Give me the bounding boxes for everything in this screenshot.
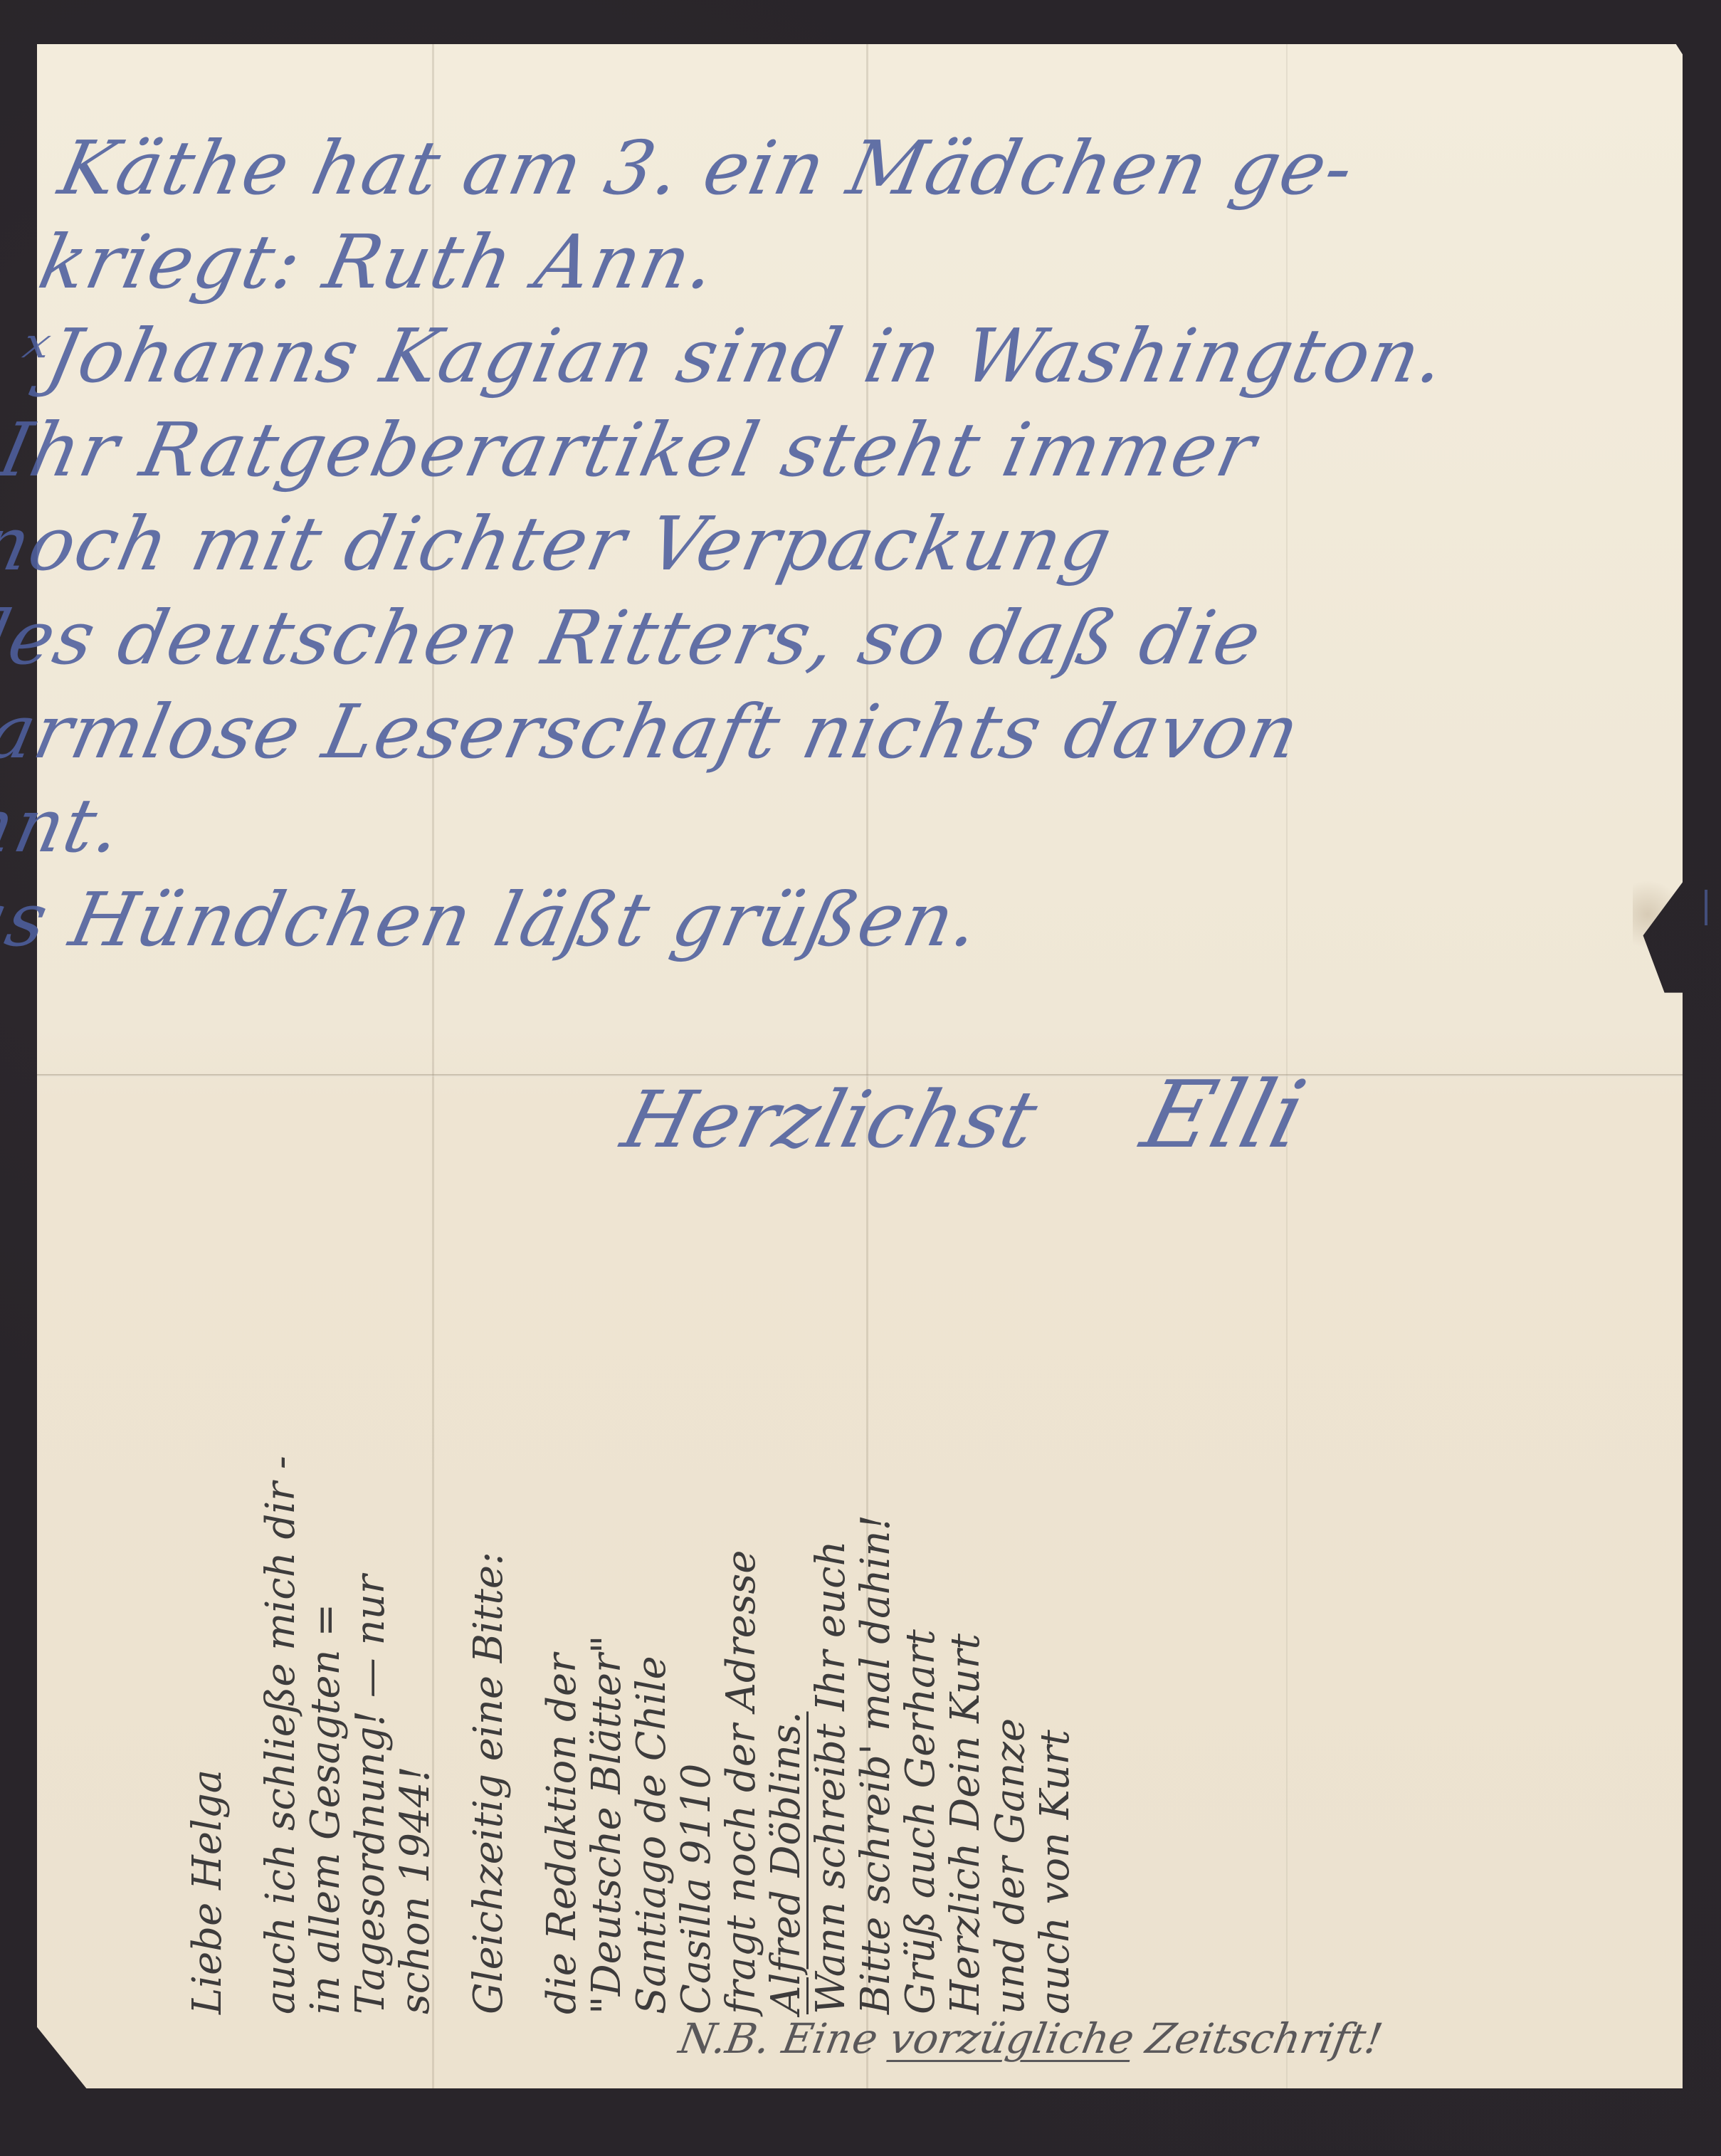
letter-line: Das Hündchen läßt grüßen. [0,873,1478,967]
postscript-greeting: Liebe Helga [185,1231,230,2014]
nota-bene-line: N.B. Eine vorzügliche Zeitschrift! [675,2014,1386,2063]
postscript-address-box: Casilla 9110 [674,1231,719,2014]
letter-line: ˣJohanns Kagian sind in Washington. [11,309,1597,403]
letter-line: harmlose Leserschaft nichts davon [0,685,1517,779]
letter-body: Käthe hat am 3. ein Mädchen ge- kriegt: … [0,121,1637,967]
postscript-line: "Deutsche Blätter" [584,1231,629,2014]
letter-line: des deutschen Ritters, so daß die [0,591,1537,685]
postscript-line: und der Ganze [988,1231,1033,2014]
postscript-line: Herzlich Dein Kurt [943,1231,988,2014]
rotated-postscript: Liebe Helga auch ich schließe mich dir -… [185,1231,1078,2014]
closing-block: Herzlichst Elli [613,1061,1316,1169]
letter-line: ahnt. [0,779,1498,873]
postscript-line: Tagesordnung! — nur [348,1231,393,2014]
postscript-underlined-name: Alfred Döblins. [764,1231,809,2014]
postscript-line: in allem Gesagten = [303,1231,348,2014]
nota-bene-suffix: Zeitschrift! [1142,2014,1386,2063]
postscript-line: auch ich schließe mich dir - [258,1231,303,2014]
letter-line: Käthe hat am 3. ein Mädchen ge- [51,121,1637,215]
signature: Elli [1132,1061,1316,1169]
postscript-line: fragt noch der Adresse [719,1231,764,2014]
postscript-line: Gleichzeitig eine Bitte: [466,1231,511,2014]
letter-line: Ihr Ratgeberartikel steht immer [0,403,1577,497]
closing-salutation: Herzlichst [614,1074,1046,1165]
postscript-address-city: Santiago de Chile [629,1231,674,2014]
ink-mark [1705,890,1707,925]
postscript-line: Grüß auch Gerhart [898,1231,943,2014]
postscript-line: Bitte schreib' mal dahin! [853,1231,898,2014]
postscript-line: schon 1944! [393,1231,438,2014]
nota-bene-prefix: N.B. Eine [675,2014,882,2063]
postscript-line: Wann schreibt Ihr euch [809,1231,853,2014]
letter-line: noch mit dichter Verpackung [0,497,1557,591]
letter-line: kriegt: Ruth Ann. [31,215,1617,309]
postscript-line: auch von Kurt [1033,1231,1078,2014]
nota-bene-underlined: vorzügliche [886,2014,1138,2063]
postscript-line: die Redaktion der [540,1231,584,2014]
